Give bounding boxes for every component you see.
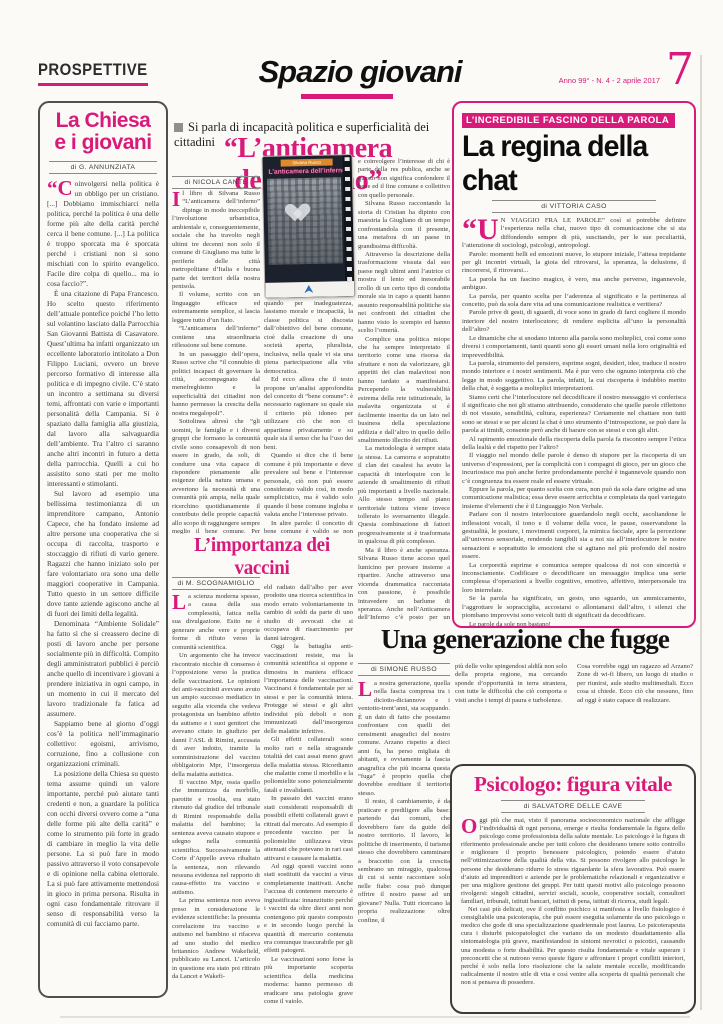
- paragraph: Nei casi più delicati, ove il conflitto …: [461, 906, 685, 987]
- main-article-column-2: quando per inadeguatezza, lassismo moral…: [264, 300, 353, 535]
- drop-cap: O: [461, 818, 477, 834]
- paragraph: Sappiamo bene al giorno d’oggi cos’è la …: [47, 719, 159, 769]
- paragraph: Al rapimento emozionale della riscoperta…: [462, 436, 686, 453]
- heart-shape: [290, 204, 312, 224]
- paragraph: Eppure la parola, per quanto scelta con …: [462, 486, 686, 511]
- drop-cap: “C: [47, 180, 73, 196]
- section-title: Spazio giovani: [235, 54, 485, 90]
- paragraph: più delle volte spingendosi aldilà non s…: [455, 663, 567, 705]
- paragraph: La prima sentenza non aveva preso in con…: [172, 897, 260, 982]
- paragraph: e coinvolgere l’interesse di chi è parte…: [358, 158, 450, 200]
- paragraph: In passato dei vaccini erano stati consi…: [264, 795, 353, 863]
- chiesa-title-line2: e i giovani: [54, 131, 151, 154]
- vaccini-column-1: La scienza moderna spesso, a causa della…: [172, 593, 260, 1013]
- book-cover-city-photo: [267, 177, 343, 265]
- chat-headline: La regina della chat: [462, 130, 675, 198]
- paragraph: La scienza moderna spesso, a causa della…: [172, 593, 260, 652]
- chiesa-body: “Coinvolgersi nella politica è un obblig…: [47, 179, 159, 959]
- paragraph: Se la parola ha significato, un gesto, u…: [462, 595, 686, 620]
- vaccini-headline: L’importanza dei vaccini: [169, 534, 355, 580]
- paragraph: Sul lavoro ad esempio una bellissima tes…: [47, 489, 159, 619]
- chat-byline: di VITTORIA CASO: [492, 200, 656, 213]
- paragraph: Ma il libro è anche speranza. Silvana Ru…: [358, 547, 450, 621]
- psicologo-body: Oggi più che mai, visto il panorama soci…: [461, 817, 685, 999]
- generazione-column-2: più delle volte spingendosi aldilà non s…: [455, 663, 567, 761]
- generazione-byline: di SIMONE RUSSO: [358, 663, 450, 676]
- page-number: 7: [666, 44, 694, 95]
- paragraph: La parola ha un fascino magico, è vero, …: [462, 276, 686, 293]
- article-box-psicologo: Psicologo: figura vitale di SALVATORE DE…: [450, 764, 696, 1014]
- masthead-brand: PROSPETTIVE: [38, 60, 148, 86]
- paragraph: Il volume, scritto con un linguaggio eff…: [172, 291, 260, 325]
- paragraph: Le dinamiche che si snodano intorno alla…: [462, 335, 686, 360]
- chiesa-title-line1: La Chiesa: [56, 109, 151, 132]
- paragraph: La corporeità esprime e comunica sempre …: [462, 562, 686, 596]
- scan-edge-bottom: [60, 1016, 690, 1018]
- paragraph: In un passaggio dell’opera, Russo scrive…: [172, 351, 260, 419]
- chat-kicker-banner: L’INCREDIBILE FASCINO DELLA PAROLA: [462, 113, 675, 128]
- paragraph: Ed ecco allora che il testo propone un’a…: [264, 376, 353, 452]
- newspaper-page: { "page": {"accent": "#d81b7a"}, "header…: [0, 0, 723, 1024]
- book-cover-photo: Silvana Russo L’anticamera dell’inferno: [263, 155, 355, 298]
- paragraph: Il resto, il cambiamento, è da praticare…: [358, 798, 450, 925]
- section-underline-bar: [301, 94, 393, 99]
- book-cover-title: L’anticamera dell’inferno: [265, 167, 350, 176]
- main-byline: di NICOLA CANTE: [172, 176, 260, 189]
- paragraph: Denominata “Ambiente Solidale” ha fatto …: [47, 619, 159, 719]
- paragraph: In altre parole: il concetto di bene com…: [264, 520, 353, 535]
- paragraph: Parlare con il nostro interlocutore guar…: [462, 511, 686, 561]
- book-cover-author: Silvana Russo: [281, 158, 333, 166]
- kicker-square-icon: [174, 123, 183, 132]
- main-article-column-3: e coinvolgere l’interesse di chi è parte…: [358, 158, 450, 621]
- article-box-chiesa: La Chiesa e i giovani di G. ANNUNZIATA “…: [38, 101, 168, 998]
- paragraph: Parole: momenti belli ed emozioni nuove,…: [462, 251, 686, 276]
- scan-edge-right: [700, 55, 702, 1010]
- paragraph: Parole prive di gesti, di sguardi, di vo…: [462, 309, 686, 334]
- paragraph: Cosa vorrebbe oggi un ragazzo ad Arzano?…: [577, 663, 693, 705]
- article-box-chat: L’INCREDIBILE FASCINO DELLA PAROLA La re…: [452, 101, 696, 628]
- vaccini-byline: di M. SCOGNAMIGLIO: [172, 577, 260, 590]
- paragraph: Sottolinea altresì che “gli uomini, le f…: [172, 418, 260, 534]
- generazione-column-1: La nostra generazione, quella nella fasc…: [358, 680, 450, 1013]
- paragraph: quando per inadeguatezza, lassismo moral…: [264, 300, 353, 376]
- paragraph: Un argomento che ha invece riscontrato n…: [172, 652, 260, 779]
- paragraph: Il libro di Silvana Russo “L’anticamera …: [172, 190, 260, 291]
- generazione-column-3: Cosa vorrebbe oggi un ragazzo ad Arzano?…: [577, 663, 693, 761]
- paragraph: Attraverso la descrizione della trasform…: [358, 251, 450, 336]
- drop-cap: L: [172, 594, 186, 610]
- generazione-headline: Una generazione che fugge: [354, 624, 696, 655]
- paragraph: La parola, per quanto scelta per l’adere…: [462, 293, 686, 310]
- paragraph: Gli effetti collaterali sono molto rari …: [264, 736, 353, 795]
- issue-info: Anno 99° - N. 4 - 2 aprile 2017: [520, 76, 660, 85]
- paragraph: Le vaccinazioni sono forse la più import…: [264, 956, 353, 1007]
- paragraph: Oggi la battaglia anti-vaccinazioni resi…: [264, 643, 353, 736]
- drop-cap: L: [358, 681, 372, 697]
- main-article-column-1: Il libro di Silvana Russo “L’anticamera …: [172, 190, 260, 534]
- paragraph: La parola, strumento del pensiero, espri…: [462, 360, 686, 394]
- paragraph: La posizione della Chiesa su questo tema…: [47, 769, 159, 929]
- paragraph: “UN VIAGGIO FRA LE PAROLE” così si potre…: [462, 217, 686, 251]
- paragraph: Silvana Russo raccontando la storia di C…: [358, 200, 450, 251]
- paragraph: eld radiato dall’albo per aver prodotto …: [264, 584, 353, 643]
- paragraph: È una citazione di Papa Francesco. Ho sc…: [47, 289, 159, 489]
- chat-body: “UN VIAGGIO FRA LE PAROLE” così si potre…: [462, 217, 686, 653]
- paragraph: La metodologia è sempre stata la stessa.…: [358, 445, 450, 546]
- chiesa-title: La Chiesa e i giovani: [47, 110, 159, 154]
- paragraph: “Coinvolgersi nella politica è un obblig…: [47, 179, 159, 289]
- drop-cap: “U: [462, 218, 499, 241]
- chiesa-byline: di G. ANNUNZIATA: [49, 161, 157, 174]
- vaccini-column-2: eld radiato dall’albo per aver prodotto …: [264, 584, 353, 1013]
- paragraph: Complice una politica miope che ha sempr…: [358, 336, 450, 446]
- psicologo-byline: di SALVATORE DELLE CAVE: [501, 800, 645, 813]
- paragraph: Siamo certi che l’interlocutore nel deco…: [462, 394, 686, 436]
- paragraph: “L’anticamera dell’inferno” contiene una…: [172, 325, 260, 350]
- paragraph: La nostra generazione, quella nella fasc…: [358, 680, 450, 798]
- paragraph: Il viaggio nel mondo delle parole è dens…: [462, 452, 686, 486]
- publisher-logo-icon: [304, 285, 313, 293]
- paragraph: Il vaccino Mpr, ossia quello che immuniz…: [172, 779, 260, 897]
- paragraph: Oggi più che mai, visto il panorama soci…: [461, 817, 685, 906]
- book-cover-bottom-band: [265, 281, 354, 298]
- drop-cap: I: [172, 191, 180, 207]
- paragraph: Quando si dice che il bene comune è più …: [264, 452, 353, 520]
- psicologo-headline: Psicologo: figura vitale: [461, 772, 685, 797]
- paragraph: Ad oggi questi vaccini sono stati sostit…: [264, 863, 353, 956]
